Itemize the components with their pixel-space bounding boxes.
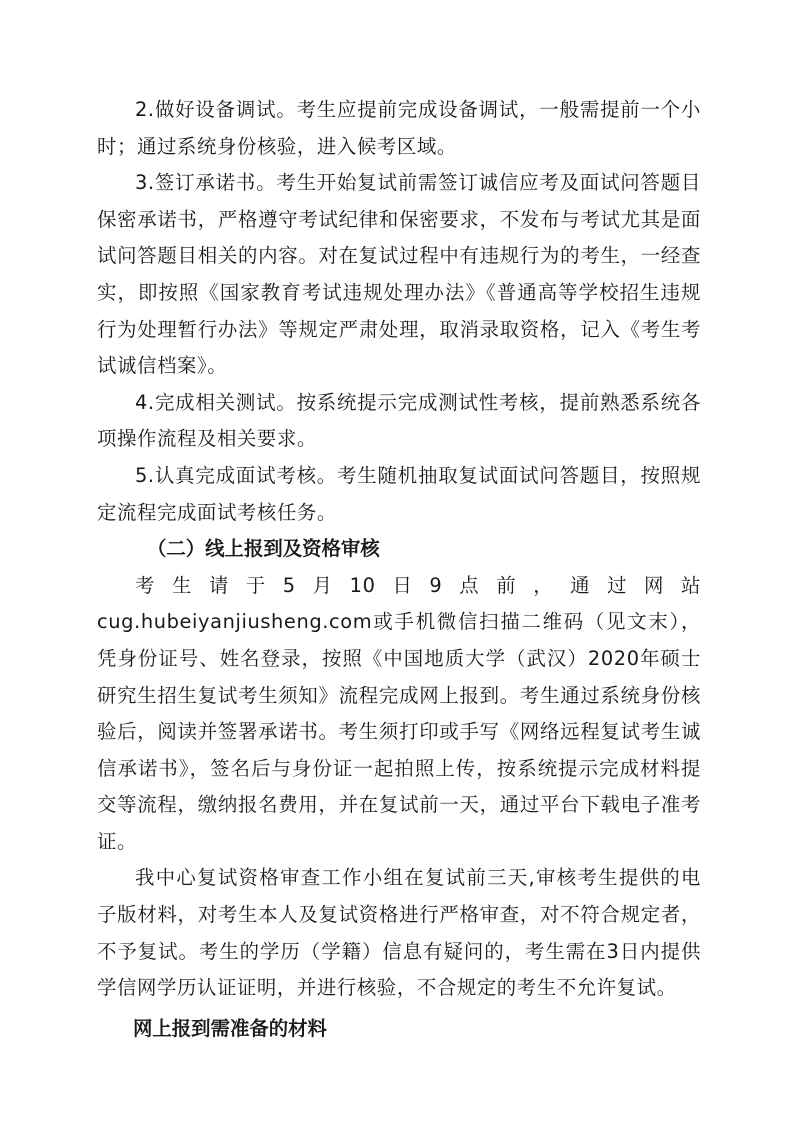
subheading-materials: 网上报到需准备的材料 — [97, 1011, 701, 1048]
paragraph-interview: 5.认真完成面试考核。考生随机抽取复试面试问答题目，按照规定流程完成面试考核任务… — [97, 458, 701, 531]
paragraph-online-registration: 考生请于5月10日9点前，通过网站cug.hubeiyanjiusheng.co… — [97, 568, 701, 861]
paragraph-qualification-review: 我中心复试资格审查工作小组在复试前三天,审核考生提供的电子版材料，对考生本人及复… — [97, 860, 701, 1006]
document-page: 2.做好设备调试。考生应提前完成设备调试，一般需提前一个小时；通过系统身份核验，… — [97, 92, 701, 1047]
section-heading: （二）线上报到及资格审核 — [97, 531, 701, 568]
paragraph-sign-pledge: 3.签订承诺书。考生开始复试前需签订诚信应考及面试问答题目保密承诺书，严格遵守考… — [97, 165, 701, 385]
paragraph-device-test: 2.做好设备调试。考生应提前完成设备调试，一般需提前一个小时；通过系统身份核验，… — [97, 92, 701, 165]
paragraph-complete-test: 4.完成相关测试。按系统提示完成测试性考核，提前熟悉系统各项操作流程及相关要求。 — [97, 385, 701, 458]
